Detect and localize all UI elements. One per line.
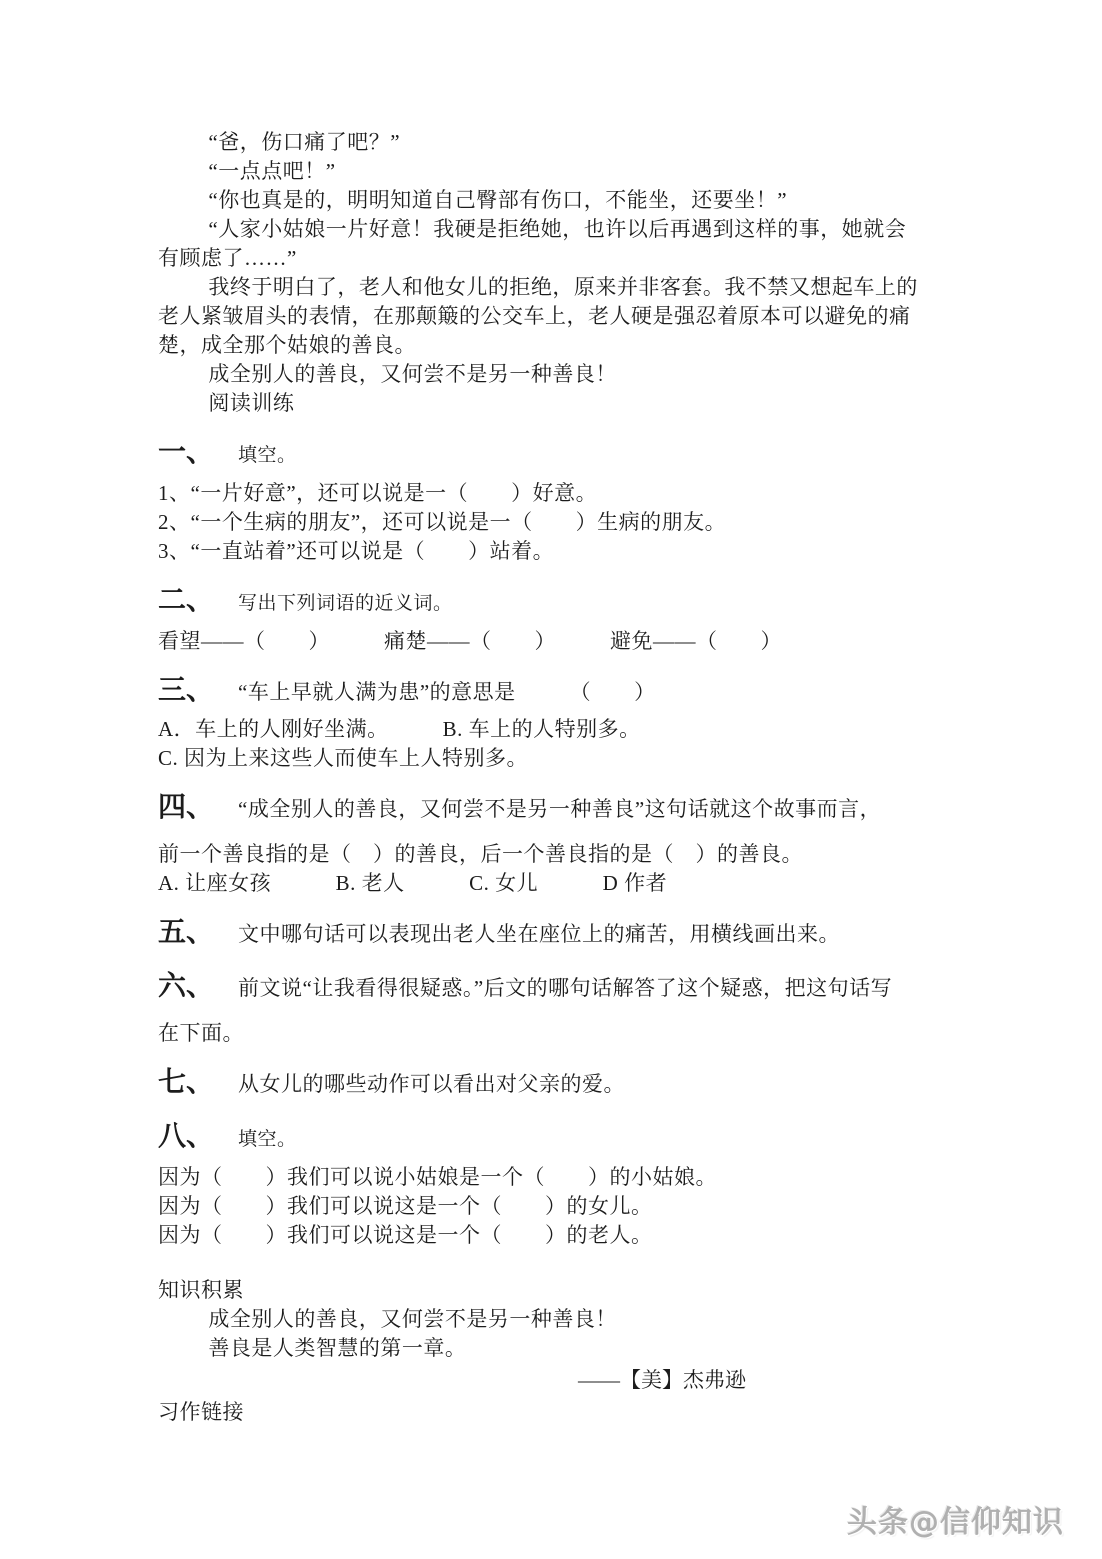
- section-heading: 七、 从女儿的哪些动作可以看出对父亲的爱。: [158, 1065, 958, 1102]
- question-line: 因为（ ）我们可以说这是一个（ ）的女儿。: [158, 1192, 958, 1221]
- quote-line: 善良是人类智慧的第一章。: [158, 1334, 958, 1363]
- section-number: 八、: [158, 1119, 214, 1155]
- section-title: “成全别人的善良，又何尝不是另一种善良”这句话就这个故事而言，: [238, 791, 881, 827]
- section-heading: 八、 填空。: [158, 1119, 958, 1158]
- section-6: 六、 前文说“让我看得很疑惑。”后文的哪句话解答了这个疑惑，把这句话写 在下面。: [158, 969, 958, 1048]
- watermark-toutiao: 头条@信仰知识: [847, 1497, 1064, 1541]
- quote-line: 成全别人的善良，又何尝不是另一种善良！: [158, 1305, 958, 1334]
- section-5: 五、 文中哪句话可以表现出老人坐在座位上的痛苦，用横线画出来。: [158, 915, 958, 952]
- story-line: “爸，伤口痛了吧？”: [158, 128, 958, 157]
- section-body: A．车上的人刚好坐满。 B. 车上的人特别多。 C. 因为上来这些人而使车上人特…: [158, 715, 958, 773]
- question-line: 因为（ ）我们可以说这是一个（ ）的老人。: [158, 1221, 958, 1250]
- quote-attribution: ——【美】杰弗逊: [158, 1365, 958, 1395]
- section-body: 看望——（ ） 痛楚——（ ） 避免——（ ）: [158, 627, 958, 656]
- section-8: 八、 填空。 因为（ ）我们可以说小姑娘是一个（ ）的小姑娘。 因为（ ）我们可…: [158, 1119, 958, 1250]
- question-line: 前一个善良指的是（ ）的善良，后一个善良指的是（ ）的善良。: [158, 840, 958, 869]
- section-body: 1、“一片好意”，还可以说是一（ ）好意。 2、“一个生病的朋友”，还可以说是一…: [158, 479, 958, 566]
- section-number: 一、: [158, 435, 214, 471]
- section-heading: 三、 “车上早就人满为患”的意思是 （ ）: [158, 673, 958, 710]
- story-passage: “爸，伤口痛了吧？” “一点点吧！” “你也真是的，明明知道自己臀部有伤口，不能…: [158, 128, 958, 418]
- section-title: 填空。: [238, 438, 297, 474]
- choice-line: A．车上的人刚好坐满。 B. 车上的人特别多。: [158, 715, 958, 744]
- writing-link-heading: 习作链接: [158, 1398, 958, 1427]
- section-heading: 一、 填空。: [158, 435, 958, 474]
- section-number: 七、: [158, 1065, 214, 1101]
- story-line: “你也真是的，明明知道自己臀部有伤口，不能坐，还要坐！”: [158, 186, 958, 215]
- section-title: 写出下列词语的近义词。: [238, 586, 453, 622]
- story-line: 楚，成全那个姑娘的善良。: [158, 331, 958, 360]
- question-line: 因为（ ）我们可以说小姑娘是一个（ ）的小姑娘。: [158, 1163, 958, 1192]
- section-heading: 五、 文中哪句话可以表现出老人坐在座位上的痛苦，用横线画出来。: [158, 915, 958, 952]
- reading-training-label: 阅读训练: [158, 389, 958, 418]
- section-body: 因为（ ）我们可以说小姑娘是一个（ ）的小姑娘。 因为（ ）我们可以说这是一个（…: [158, 1163, 958, 1250]
- question-line: 1、“一片好意”，还可以说是一（ ）好意。: [158, 479, 958, 508]
- section-number: 二、: [158, 583, 214, 619]
- section-title: 前文说“让我看得很疑惑。”后文的哪句话解答了这个疑惑，把这句话写: [238, 970, 892, 1006]
- section-body: 前一个善良指的是（ ）的善良，后一个善良指的是（ ）的善良。 A. 让座女孩 B…: [158, 840, 958, 898]
- section-4: 四、 “成全别人的善良，又何尝不是另一种善良”这句话就这个故事而言， 前一个善良…: [158, 790, 958, 898]
- section-title: 文中哪句话可以表现出老人坐在座位上的痛苦，用横线画出来。: [238, 916, 840, 952]
- section-heading: 六、 前文说“让我看得很疑惑。”后文的哪句话解答了这个疑惑，把这句话写: [158, 969, 958, 1006]
- story-line: 成全别人的善良，又何尝不是另一种善良！: [158, 360, 958, 389]
- worksheet-page: “爸，伤口痛了吧？” “一点点吧！” “你也真是的，明明知道自己臀部有伤口，不能…: [0, 0, 1102, 1559]
- story-line: 我终于明白了，老人和他女儿的拒绝，原来并非客套。我不禁又想起车上的: [158, 273, 958, 302]
- question-line: 在下面。: [158, 1019, 958, 1048]
- section-heading: 二、 写出下列词语的近义词。: [158, 583, 958, 622]
- section-title: 从女儿的哪些动作可以看出对父亲的爱。: [238, 1066, 625, 1102]
- knowledge-section: 知识积累 成全别人的善良，又何尝不是另一种善良！ 善良是人类智慧的第一章。 ——…: [158, 1276, 958, 1427]
- section-2: 二、 写出下列词语的近义词。 看望——（ ） 痛楚——（ ） 避免——（ ）: [158, 583, 958, 656]
- section-body: 在下面。: [158, 1019, 958, 1048]
- story-line: 老人紧皱眉头的表情，在那颠簸的公交车上，老人硬是强忍着原本可以避免的痛: [158, 302, 958, 331]
- choice-line: A. 让座女孩 B. 老人 C. 女儿 D 作者: [158, 869, 958, 898]
- story-line: 有顾虑了……”: [158, 244, 958, 273]
- question-line: 看望——（ ） 痛楚——（ ） 避免——（ ）: [158, 627, 958, 656]
- section-7: 七、 从女儿的哪些动作可以看出对父亲的爱。: [158, 1065, 958, 1102]
- section-heading: 四、 “成全别人的善良，又何尝不是另一种善良”这句话就这个故事而言，: [158, 790, 958, 827]
- section-number: 四、: [158, 790, 214, 826]
- section-title: 填空。: [238, 1122, 297, 1158]
- knowledge-heading: 知识积累: [158, 1276, 958, 1305]
- page-content: “爸，伤口痛了吧？” “一点点吧！” “你也真是的，明明知道自己臀部有伤口，不能…: [158, 128, 958, 1427]
- section-title: “车上早就人满为患”的意思是 （ ）: [238, 674, 656, 710]
- section-number: 五、: [158, 915, 214, 951]
- story-line: “一点点吧！”: [158, 157, 958, 186]
- choice-line: C. 因为上来这些人而使车上人特别多。: [158, 744, 958, 773]
- section-1: 一、 填空。 1、“一片好意”，还可以说是一（ ）好意。 2、“一个生病的朋友”…: [158, 435, 958, 566]
- question-line: 3、“一直站着”还可以说是（ ）站着。: [158, 537, 958, 566]
- story-line: “人家小姑娘一片好意！我硬是拒绝她，也许以后再遇到这样的事，她就会: [158, 215, 958, 244]
- question-line: 2、“一个生病的朋友”，还可以说是一（ ）生病的朋友。: [158, 508, 958, 537]
- section-3: 三、 “车上早就人满为患”的意思是 （ ） A．车上的人刚好坐满。 B. 车上的…: [158, 673, 958, 773]
- section-number: 三、: [158, 673, 214, 709]
- section-number: 六、: [158, 969, 214, 1005]
